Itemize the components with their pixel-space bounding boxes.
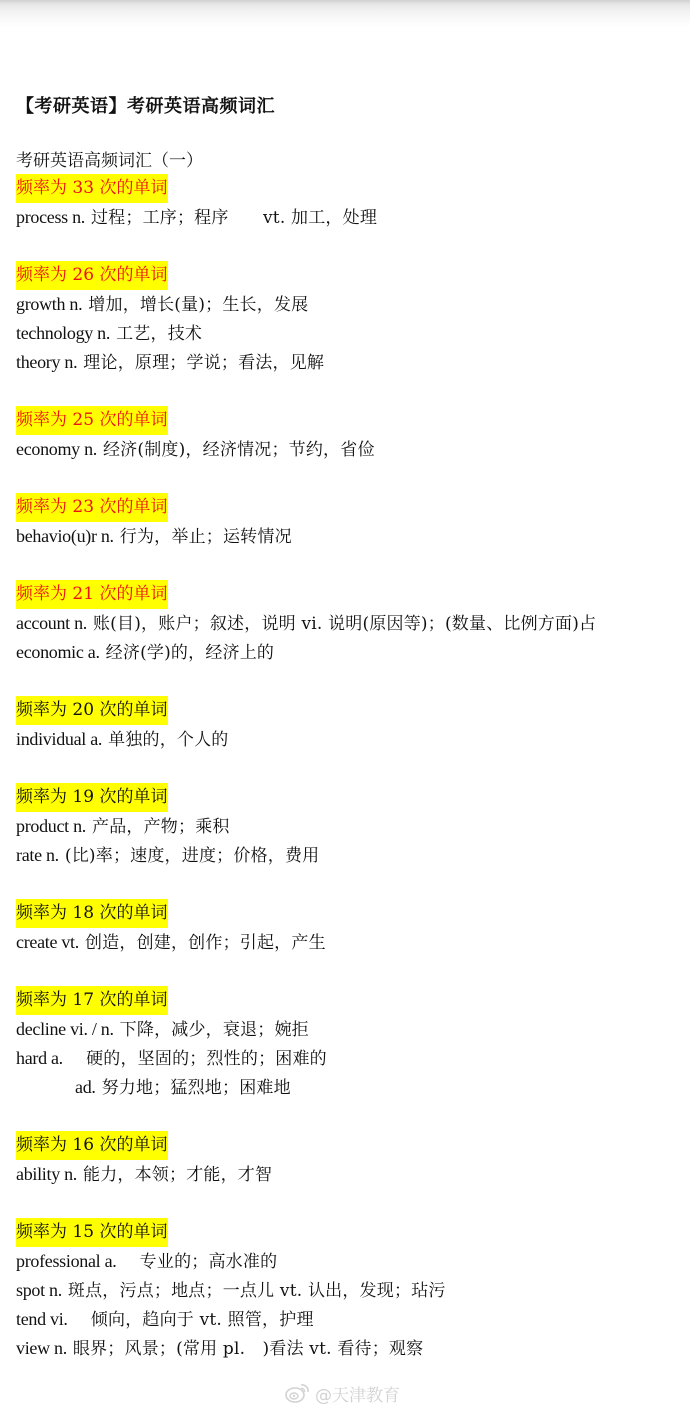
frequency-heading: 频率为 18 次的单词 [16, 899, 168, 928]
vocab-definition: 行为，举止；运转情况 [120, 527, 292, 547]
vocab-entry: tend vi. 倾向，趋向于 vt. 照管，护理 [16, 1305, 686, 1334]
frequency-section: 频率为 19 次的单词product n.产品，产物；乘积rate n.(比)率… [16, 783, 686, 870]
frequency-section: 频率为 18 次的单词create vt.创造，创建，创作；引起，产生 [16, 899, 686, 957]
vocab-definition: 理论，原理；学说；看法，见解 [83, 353, 324, 373]
vocab-definition: 过程；工序；程序 vt. 加工，处理 [91, 208, 377, 228]
weibo-icon [285, 1382, 311, 1404]
frequency-heading: 频率为 16 次的单词 [16, 1131, 168, 1160]
vocab-definition: (比)率；速度，进度；价格，费用 [65, 846, 319, 866]
frequency-heading: 频率为 33 次的单词 [16, 174, 168, 203]
vocab-entry: product n.产品，产物；乘积 [16, 812, 686, 841]
vocab-entry: process n.过程；工序；程序 vt. 加工，处理 [16, 203, 686, 232]
frequency-heading: 频率为 25 次的单词 [16, 406, 168, 435]
vocab-word: process n. [16, 207, 85, 227]
vocab-definition: 倾向，趋向于 vt. 照管，护理 [74, 1310, 314, 1330]
document-title: 【考研英语】考研英语高频词汇 [16, 94, 686, 120]
vocab-definition: 经济(学)的，经济上的 [106, 643, 274, 663]
vocab-entry: decline vi. / n.下降，减少，衰退；婉拒 [16, 1015, 686, 1044]
vocab-word: tend vi. [16, 1309, 68, 1329]
vocab-definition: 硬的，坚固的；烈性的；困难的 [69, 1049, 327, 1069]
vocab-entry: create vt.创造，创建，创作；引起，产生 [16, 928, 686, 957]
vocab-entry: technology n.工艺，技术 [16, 319, 686, 348]
vocab-entry: spot n.斑点，污点；地点；一点儿 vt. 认出，发现；玷污 [16, 1276, 686, 1305]
vocab-definition: 经济(制度)，经济情况；节约，省俭 [103, 440, 375, 460]
vocab-word: professional a. [16, 1251, 116, 1271]
frequency-section: 频率为 17 次的单词decline vi. / n.下降，减少，衰退；婉拒ha… [16, 986, 686, 1102]
frequency-sections: 频率为 33 次的单词process n.过程；工序；程序 vt. 加工，处理频… [16, 174, 686, 1363]
vocab-entry: account n.账(目)，账户；叙述，说明 vi. 说明(原因等)；(数量、… [16, 609, 686, 638]
vocab-definition: 斑点，污点；地点；一点儿 vt. 认出，发现；玷污 [68, 1281, 446, 1301]
vocab-definition: 增加，增长(量)；生长，发展 [88, 295, 308, 315]
vocab-definition: 下降，减少，衰退；婉拒 [120, 1020, 309, 1040]
vocab-definition: 创造，创建，创作；引起，产生 [85, 933, 326, 953]
vocab-entry: individual a.单独的，个人的 [16, 725, 686, 754]
frequency-heading: 频率为 26 次的单词 [16, 261, 168, 290]
vocab-word: spot n. [16, 1280, 62, 1300]
vocab-entry: hard a. 硬的，坚固的；烈性的；困难的 [16, 1044, 686, 1073]
frequency-heading: 频率为 19 次的单词 [16, 783, 168, 812]
vocab-word: rate n. [16, 845, 59, 865]
vocab-word: economy n. [16, 439, 97, 459]
vocab-definition: 产品，产物；乘积 [92, 817, 230, 837]
vocab-entry: theory n.理论，原理；学说；看法，见解 [16, 348, 686, 377]
vocab-entry: view n.眼界；风景；(常用 pl. )看法 vt. 看待；观察 [16, 1334, 686, 1363]
vocab-definition: 能力，本领；才能，才智 [83, 1165, 272, 1185]
document-subtitle: 考研英语高频词汇（一） [16, 148, 686, 174]
vocab-word: product n. [16, 816, 86, 836]
frequency-section: 频率为 23 次的单词behavio(u)r n.行为，举止；运转情况 [16, 493, 686, 551]
frequency-heading: 频率为 23 次的单词 [16, 493, 168, 522]
vocab-entry: economic a.经济(学)的，经济上的 [16, 638, 686, 667]
vocab-entry: economy n.经济(制度)，经济情况；节约，省俭 [16, 435, 686, 464]
vocab-definition: 努力地；猛烈地；困难地 [102, 1078, 291, 1098]
vocab-word: behavio(u)r n. [16, 526, 114, 546]
vocab-entry: ability n.能力，本领；才能，才智 [16, 1160, 686, 1189]
watermark-text: @天津教育 [315, 1381, 400, 1406]
vocab-entry: growth n.增加，增长(量)；生长，发展 [16, 290, 686, 319]
vocab-entry: behavio(u)r n.行为，举止；运转情况 [16, 522, 686, 551]
top-shadow-band [0, 0, 690, 28]
vocab-word: hard a. [16, 1048, 63, 1068]
frequency-section: 频率为 16 次的单词ability n.能力，本领；才能，才智 [16, 1131, 686, 1189]
vocab-definition: 单独的，个人的 [108, 730, 228, 750]
vocab-word: economic a. [16, 642, 100, 662]
frequency-section: 频率为 25 次的单词economy n.经济(制度)，经济情况；节约，省俭 [16, 406, 686, 464]
vocab-word: ability n. [16, 1164, 77, 1184]
vocab-word: create vt. [16, 932, 79, 952]
frequency-heading: 频率为 15 次的单词 [16, 1218, 168, 1247]
frequency-section: 频率为 20 次的单词individual a.单独的，个人的 [16, 696, 686, 754]
vocab-word: growth n. [16, 294, 82, 314]
frequency-heading: 频率为 21 次的单词 [16, 580, 168, 609]
vocab-definition: 账(目)，账户；叙述，说明 vi. 说明(原因等)；(数量、比例方面)占 [93, 614, 596, 634]
vocab-word: individual a. [16, 729, 102, 749]
vocab-entry: ad.努力地；猛烈地；困难地 [16, 1073, 686, 1102]
vocab-word: technology n. [16, 323, 110, 343]
vocab-definition: 眼界；风景；(常用 pl. )看法 vt. 看待；观察 [73, 1339, 423, 1359]
vocab-entry: professional a. 专业的；高水准的 [16, 1247, 686, 1276]
vocab-word: theory n. [16, 352, 77, 372]
vocab-word: view n. [16, 1338, 67, 1358]
frequency-section: 频率为 33 次的单词process n.过程；工序；程序 vt. 加工，处理 [16, 174, 686, 232]
vocab-definition: 工艺，技术 [116, 324, 202, 344]
frequency-heading: 频率为 20 次的单词 [16, 696, 168, 725]
frequency-section: 频率为 21 次的单词account n.账(目)，账户；叙述，说明 vi. 说… [16, 580, 686, 667]
vocab-word: account n. [16, 613, 87, 633]
vocab-word: decline vi. / n. [16, 1019, 114, 1039]
watermark: @天津教育 [285, 1380, 400, 1406]
frequency-section: 频率为 26 次的单词growth n.增加，增长(量)；生长，发展techno… [16, 261, 686, 377]
document-page: 【考研英语】考研英语高频词汇 考研英语高频词汇（一） 频率为 33 次的单词pr… [16, 94, 686, 1363]
frequency-heading: 频率为 17 次的单词 [16, 986, 168, 1015]
vocab-definition: 专业的；高水准的 [122, 1252, 277, 1272]
vocab-entry: rate n.(比)率；速度，进度；价格，费用 [16, 841, 686, 870]
vocab-word: ad. [75, 1077, 96, 1097]
frequency-section: 频率为 15 次的单词professional a. 专业的；高水准的spot … [16, 1218, 686, 1363]
